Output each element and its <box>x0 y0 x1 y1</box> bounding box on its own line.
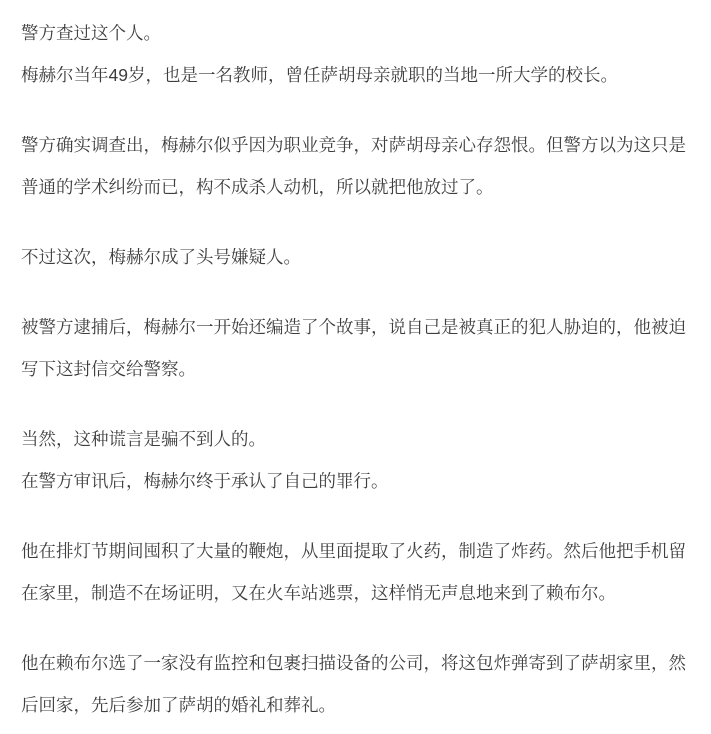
paragraph: 不过这次，梅赫尔成了头号嫌疑人。 <box>21 236 691 278</box>
article-body: 警方查过这个人。 梅赫尔当年49岁，也是一名教师，曾任萨胡母亲就职的当地一所大学… <box>0 0 711 726</box>
paragraph: 警方查过这个人。 梅赫尔当年49岁，也是一名教师，曾任萨胡母亲就职的当地一所大学… <box>21 12 691 96</box>
paragraph: 警方确实调查出，梅赫尔似乎因为职业竞争，对萨胡母亲心存怨恨。但警方以为这只是 普… <box>21 124 691 208</box>
paragraph: 他在排灯节期间囤积了大量的鞭炮，从里面提取了火药，制造了炸药。然后他把手机留 在… <box>21 530 691 614</box>
paragraph: 被警方逮捕后，梅赫尔一开始还编造了个故事，说自己是被真正的犯人胁迫的，他被迫 写… <box>21 306 691 390</box>
paragraph: 当然，这种谎言是骗不到人的。 在警方审讯后，梅赫尔终于承认了自己的罪行。 <box>21 418 691 502</box>
paragraph: 他在赖布尔选了一家没有监控和包裹扫描设备的公司，将这包炸弹寄到了萨胡家里，然 后… <box>21 642 691 726</box>
